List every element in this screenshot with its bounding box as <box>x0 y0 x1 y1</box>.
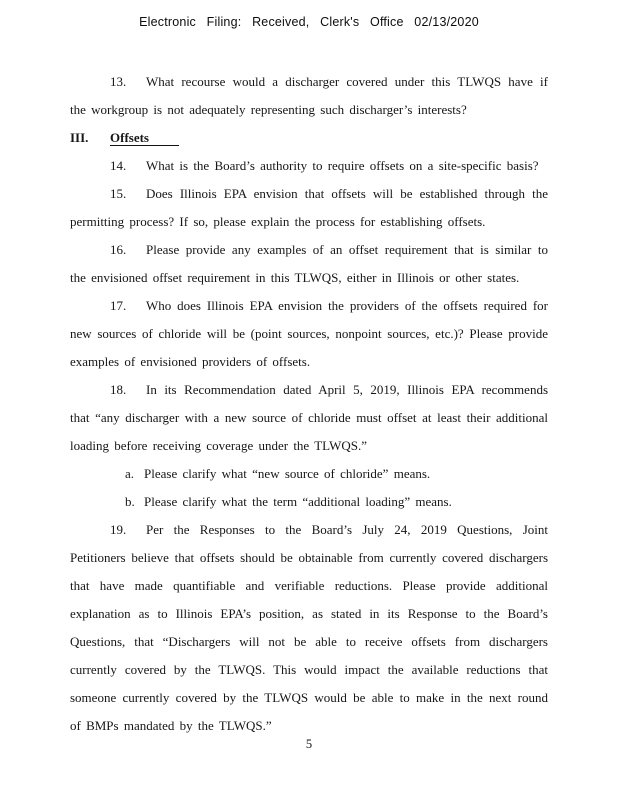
question-17: 17.Who does Illinois EPA envision the pr… <box>70 292 548 376</box>
question-13: 13.What recourse would a discharger cove… <box>70 68 548 124</box>
document-body: 13.What recourse would a discharger cove… <box>70 68 548 740</box>
question-14-number: 14. <box>110 152 146 180</box>
subquestion-18b-text: Please clarify what the term “additional… <box>144 494 452 509</box>
question-19-number: 19. <box>110 516 146 544</box>
section-title: Offsets <box>110 130 179 146</box>
question-19: 19.Per the Responses to the Board’s July… <box>70 516 548 740</box>
section-numeral: III. <box>70 124 110 152</box>
subquestion-18b: b.Please clarify what the term “addition… <box>125 488 548 516</box>
question-14: 14.What is the Board’s authority to requ… <box>70 152 548 180</box>
subquestion-18b-letter: b. <box>125 488 144 516</box>
page-number: 5 <box>0 737 618 752</box>
question-14-text: What is the Board’s authority to require… <box>146 158 539 173</box>
subquestion-18a: a.Please clarify what “new source of chl… <box>125 460 548 488</box>
question-16: 16.Please provide any examples of an off… <box>70 236 548 292</box>
filing-header: Electronic Filing: Received, Clerk's Off… <box>0 0 618 29</box>
question-17-number: 17. <box>110 292 146 320</box>
question-16-number: 16. <box>110 236 146 264</box>
subquestion-18a-text: Please clarify what “new source of chlor… <box>144 466 430 481</box>
question-13-number: 13. <box>110 68 146 96</box>
question-15: 15.Does Illinois EPA envision that offse… <box>70 180 548 236</box>
subquestion-18a-letter: a. <box>125 460 144 488</box>
question-18: 18.In its Recommendation dated April 5, … <box>70 376 548 460</box>
question-19-text: Per the Responses to the Board’s July 24… <box>70 522 548 733</box>
section-heading-offsets: III.Offsets <box>70 124 548 152</box>
question-15-number: 15. <box>110 180 146 208</box>
question-18-number: 18. <box>110 376 146 404</box>
document-page: Electronic Filing: Received, Clerk's Off… <box>0 0 618 800</box>
